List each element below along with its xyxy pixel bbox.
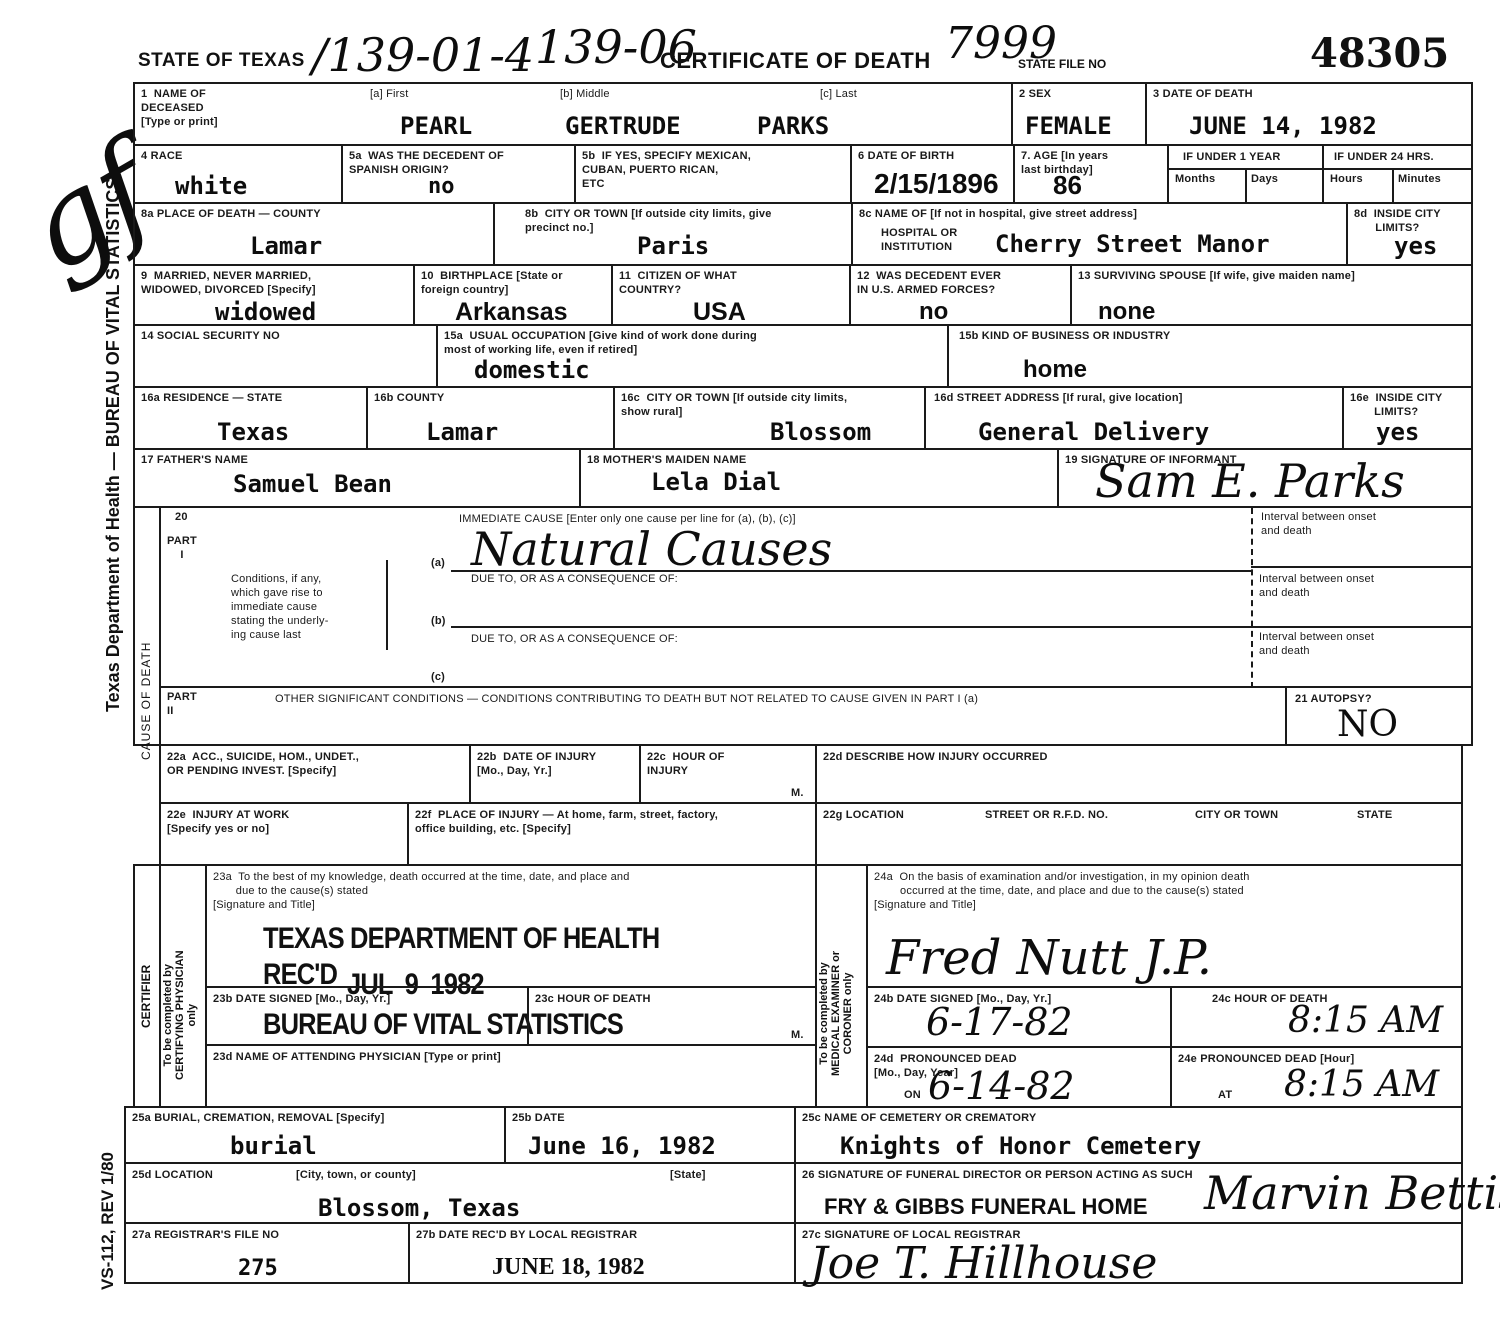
birthplace-label: 10 BIRTHPLACE [State or foreign country]	[421, 269, 563, 297]
field-1-name-of-deceased: 1 NAME OF DECEASED [Type or print] [a] F…	[133, 82, 1013, 146]
part-1-label: PART I	[167, 534, 197, 562]
business-value: home	[1023, 356, 1087, 384]
interval-label-b: Interval between onset and death	[1259, 572, 1374, 600]
name-label: 1 NAME OF DECEASED [Type or print]	[141, 87, 218, 129]
race-label: 4 RACE	[141, 149, 183, 163]
disposition-value: burial	[230, 1132, 317, 1160]
injury-location-label: 22g LOCATION	[823, 808, 904, 822]
field-2-sex: 2 SEX FEMALE	[1011, 82, 1147, 146]
field-8b-city-of-death: 8b CITY OR TOWN [If outside city limits,…	[493, 202, 853, 266]
field-27a-registrar-file-no: 27a REGISTRAR'S FILE NO 275	[124, 1222, 410, 1284]
field-24b-date-signed: 24b DATE SIGNED [Mo., Day, Yr.] 6-17-82	[868, 988, 1168, 1044]
armed-forces-label: 12 WAS DECEDENT EVER IN U.S. ARMED FORCE…	[857, 269, 1001, 297]
field-22d-how-injury-occurred: 22d DESCRIBE HOW INJURY OCCURRED	[815, 744, 1463, 804]
part-2-block: PART II OTHER SIGNIFICANT CONDITIONS — C…	[161, 688, 1471, 746]
field-8d-inside-city-limits: 8d INSIDE CITY LIMITS? yes	[1346, 202, 1473, 266]
date-of-birth-value: 2/15/1896	[874, 168, 999, 200]
injury-at-work-label: 22e INJURY AT WORK [Specify yes or no]	[167, 808, 289, 836]
spanish-origin-label: 5a WAS THE DECEDENT OF SPANISH ORIGIN?	[349, 149, 504, 177]
certification-24a-label: 24a On the basis of examination and/or i…	[874, 870, 1250, 912]
date-received-value: JUNE 18, 1982	[492, 1254, 645, 1281]
field-25c-cemetery: 25c NAME OF CEMETERY OR CREMATORY Knight…	[794, 1106, 1463, 1164]
field-22e-injury-at-work: 22e INJURY AT WORK [Specify yes or no]	[159, 802, 409, 866]
field-9-marital-status: 9 MARRIED, NEVER MARRIED, WIDOWED, DIVOR…	[133, 264, 415, 326]
hour-of-injury-label: 22c HOUR OF INJURY	[647, 750, 725, 778]
institution-sublabel: HOSPITAL OR INSTITUTION	[881, 226, 957, 254]
under-1-year-label: IF UNDER 1 YEAR	[1183, 150, 1281, 164]
institution-label: 8c NAME OF [If not in hospital, give str…	[859, 207, 1137, 221]
last-name-label: [c] Last	[820, 87, 857, 101]
pronounced-hour-value: 8:15 AM	[1284, 1064, 1439, 1105]
surviving-spouse-label: 13 SURVIVING SPOUSE [If wife, give maide…	[1078, 269, 1355, 283]
line-a-label: (a)	[431, 556, 445, 570]
state-label: STATE OF TEXAS	[138, 50, 305, 72]
physician-side-label: To be completed by CERTIFYING PHYSICIAN …	[162, 950, 198, 1080]
field-22b-date-of-injury: 22b DATE OF INJURY [Mo., Day, Yr.]	[469, 744, 641, 804]
other-conditions-label: OTHER SIGNIFICANT CONDITIONS — CONDITION…	[275, 692, 978, 706]
street-address-label: 16d STREET ADDRESS [If rural, give locat…	[934, 391, 1183, 405]
form-id-label: VS-112, REV 1/80	[98, 1152, 118, 1290]
field-23d-attending-physician: 23d NAME OF ATTENDING PHYSICIAN [Type or…	[207, 1046, 815, 1106]
state-file-number: 48305	[1310, 30, 1449, 77]
date-received-label: 27b DATE REC'D BY LOCAL REGISTRAR	[416, 1228, 637, 1242]
city-of-death-value: Paris	[637, 232, 709, 260]
informant-signature: Sam E. Parks	[1095, 454, 1405, 508]
middle-name-value: GERTRUDE	[565, 112, 681, 140]
date-of-death-value: JUNE 14, 1982	[1189, 112, 1377, 140]
location-label: 25d LOCATION	[132, 1168, 213, 1182]
mothers-name-label: 18 MOTHER'S MAIDEN NAME	[587, 453, 746, 467]
occupation-value: domestic	[474, 356, 590, 384]
hour-of-death-23c-label: 23c HOUR OF DEATH	[535, 992, 651, 1006]
city-of-death-label: 8b CITY OR TOWN [If outside city limits,…	[525, 207, 772, 235]
location-state-label: [State]	[670, 1168, 706, 1182]
field-10-birthplace: 10 BIRTHPLACE [State or foreign country]…	[413, 264, 613, 326]
marital-status-label: 9 MARRIED, NEVER MARRIED, WIDOWED, DIVOR…	[141, 269, 316, 297]
county-of-death-label: 8a PLACE OF DEATH — COUNTY	[141, 207, 321, 221]
under-24-hours-box: IF UNDER 24 HRS. Hours Minutes	[1322, 144, 1473, 204]
months-label: Months	[1175, 172, 1215, 186]
cause-of-death-side-label: CAUSE OF DEATH	[139, 642, 153, 760]
field-5b-specify-origin: 5b IF YES, SPECIFY MEXICAN, CUBAN, PUERT…	[574, 144, 852, 204]
due-to-label-2: DUE TO, OR AS A CONSEQUENCE OF:	[471, 632, 678, 646]
field-14-social-security: 14 SOCIAL SECURITY NO	[133, 324, 438, 388]
attending-physician-label: 23d NAME OF ATTENDING PHYSICIAN [Type or…	[213, 1050, 501, 1064]
field-16a-residence-state: 16a RESIDENCE — STATE Texas	[133, 386, 368, 450]
field-8c-institution: 8c NAME OF [If not in hospital, give str…	[851, 202, 1348, 266]
hour-of-death-24c-value: 8:15 AM	[1288, 1000, 1443, 1041]
fathers-name-value: Samuel Bean	[233, 470, 392, 498]
examiner-side-label: To be completed by MEDICAL EXAMINER or C…	[818, 951, 854, 1076]
interval-label-a: Interval between onset and death	[1261, 510, 1376, 538]
field-22f-place-of-injury: 22f PLACE OF INJURY — At home, farm, str…	[407, 802, 817, 866]
certifier-side-label: CERTIFIER	[139, 965, 153, 1028]
line-b-label: (b)	[431, 614, 446, 628]
disposition-label: 25a BURIAL, CREMATION, REMOVAL [Specify]	[132, 1111, 384, 1125]
age-value: 86	[1053, 170, 1082, 201]
field-27c-registrar-signature: 27c SIGNATURE OF LOCAL REGISTRAR Joe T. …	[794, 1222, 1463, 1284]
inside-city-limits-label: 8d INSIDE CITY LIMITS?	[1354, 207, 1441, 235]
funeral-director-label: 26 SIGNATURE OF FUNERAL DIRECTOR OR PERS…	[802, 1168, 1193, 1182]
registrar-file-label: 27a REGISTRAR'S FILE NO	[132, 1228, 279, 1242]
field-11-citizenship: 11 CITIZEN OF WHAT COUNTRY? USA	[611, 264, 851, 326]
minutes-label: Minutes	[1398, 172, 1441, 186]
line-c-label: (c)	[431, 670, 445, 684]
field-15a-occupation: 15a USUAL OCCUPATION [Give kind of work …	[436, 324, 949, 388]
field-16b-residence-county: 16b COUNTY Lamar	[366, 386, 615, 450]
residence-city-label: 16c CITY OR TOWN [If outside city limits…	[621, 391, 847, 419]
handwritten-code-1: /139-01-4	[312, 28, 534, 82]
occupation-label: 15a USUAL OCCUPATION [Give kind of work …	[444, 329, 757, 357]
field-25d-location: 25d LOCATION [City, town, or county] [St…	[124, 1162, 796, 1224]
injury-street-label: STREET OR R.F.D. NO.	[985, 808, 1108, 822]
sex-value: FEMALE	[1025, 112, 1112, 140]
residence-state-label: 16a RESIDENCE — STATE	[141, 391, 282, 405]
field-15b-business: 15b KIND OF BUSINESS OR INDUSTRY home	[947, 324, 1473, 388]
field-24d-pronounced-date: 24d PRONOUNCED DEAD [Mo., Day, Year] ON …	[868, 1048, 1168, 1106]
street-address-value: General Delivery	[978, 418, 1209, 446]
date-of-birth-label: 6 DATE OF BIRTH	[858, 149, 954, 163]
days-label: Days	[1251, 172, 1278, 186]
field-24a-examiner-certification: 24a On the basis of examination and/or i…	[868, 866, 1462, 986]
due-to-label-1: DUE TO, OR AS A CONSEQUENCE OF:	[471, 572, 678, 586]
state-file-label: STATE FILE NO	[1018, 57, 1106, 71]
funeral-director-signature: Marvin Bettis	[1204, 1166, 1500, 1220]
first-name-label: [a] First	[370, 87, 408, 101]
spanish-origin-value: no	[428, 174, 455, 199]
citizenship-label: 11 CITIZEN OF WHAT COUNTRY?	[619, 269, 737, 297]
field-16d-street-address: 16d STREET ADDRESS [If rural, give locat…	[924, 386, 1344, 450]
how-injury-label: 22d DESCRIBE HOW INJURY OCCURRED	[823, 750, 1048, 764]
manner-label: 22a ACC., SUICIDE, HOM., UNDET., OR PEND…	[167, 750, 359, 778]
birthplace-value: Arkansas	[455, 298, 568, 327]
place-of-injury-label: 22f PLACE OF INJURY — At home, farm, str…	[415, 808, 718, 836]
armed-forces-value: no	[919, 298, 948, 326]
field-4-race: 4 RACE white	[133, 144, 343, 204]
field-23c-hour-of-death: 23c HOUR OF DEATH M.	[529, 988, 815, 1044]
field-25b-disposition-date: 25b DATE June 16, 1982	[504, 1106, 796, 1164]
inside-city-limits-value: yes	[1394, 232, 1437, 260]
field-8a-county-of-death: 8a PLACE OF DEATH — COUNTY Lamar	[133, 202, 495, 266]
field-6-date-of-birth: 6 DATE OF BIRTH 2/15/1896	[850, 144, 1015, 204]
field-18-mothers-maiden-name: 18 MOTHER'S MAIDEN NAME Lela Dial	[579, 448, 1059, 508]
sex-label: 2 SEX	[1019, 87, 1051, 101]
line-a-value: Natural Causes	[471, 522, 832, 576]
disposition-date-label: 25b DATE	[512, 1111, 565, 1125]
residence-county-value: Lamar	[426, 418, 498, 446]
citizenship-value: USA	[693, 298, 746, 327]
mothers-name-value: Lela Dial	[651, 468, 781, 496]
stamp-line-1: TEXAS DEPARTMENT OF HEALTH	[263, 922, 659, 956]
autopsy-value: NO	[1337, 704, 1398, 745]
field-12-armed-forces: 12 WAS DECEDENT EVER IN U.S. ARMED FORCE…	[849, 264, 1072, 326]
residence-inside-city-value: yes	[1376, 418, 1419, 446]
registrar-file-value: 275	[238, 1256, 278, 1281]
part-1-block: 20 PART I Conditions, if any, which gave…	[161, 508, 1471, 688]
field-27b-date-received: 27b DATE REC'D BY LOCAL REGISTRAR JUNE 1…	[408, 1222, 796, 1284]
under-1-year-box: IF UNDER 1 YEAR Months Days	[1167, 144, 1324, 204]
conditions-note: Conditions, if any, which gave rise to i…	[231, 572, 329, 642]
field-13-surviving-spouse: 13 SURVIVING SPOUSE [If wife, give maide…	[1070, 264, 1473, 326]
business-label: 15b KIND OF BUSINESS OR INDUSTRY	[959, 329, 1170, 343]
field-24e-pronounced-hour: 24e PRONOUNCED DEAD [Hour] AT 8:15 AM	[1172, 1048, 1462, 1106]
field-24c-hour-of-death: 24c HOUR OF DEATH 8:15 AM	[1172, 988, 1462, 1044]
field-26-funeral-director: 26 SIGNATURE OF FUNERAL DIRECTOR OR PERS…	[794, 1162, 1463, 1224]
part-2-label: PART II	[167, 690, 197, 718]
pronounced-hour-at: AT	[1218, 1088, 1232, 1102]
race-value: white	[175, 172, 247, 200]
disposition-date-value: June 16, 1982	[528, 1132, 716, 1160]
field-25a-disposition: 25a BURIAL, CREMATION, REMOVAL [Specify]…	[124, 1106, 506, 1164]
field-23b-date-signed: 23b DATE SIGNED [Mo., Day, Yr.] BUREAU O…	[207, 988, 527, 1044]
specify-origin-label: 5b IF YES, SPECIFY MEXICAN, CUBAN, PUERT…	[582, 149, 751, 191]
marital-status-value: widowed	[215, 298, 316, 326]
field-16c-residence-city: 16c CITY OR TOWN [If outside city limits…	[613, 386, 926, 450]
field-19-informant-signature: 19 SIGNATURE OF INFORMANT Sam E. Parks	[1057, 448, 1473, 508]
cemetery-label: 25c NAME OF CEMETERY OR CREMATORY	[802, 1111, 1036, 1125]
hour-of-injury-suffix: M.	[791, 786, 804, 800]
residence-city-value: Blossom	[770, 418, 871, 446]
certification-23a-label: 23a To the best of my knowledge, death o…	[213, 870, 630, 912]
pronounced-date-on: ON	[904, 1088, 921, 1102]
social-security-label: 14 SOCIAL SECURITY NO	[141, 329, 280, 343]
pronounced-date-value: 6-14-82	[928, 1064, 1075, 1108]
institution-value: Cherry Street Manor	[995, 230, 1270, 258]
first-name-value: PEARL	[400, 112, 472, 140]
registrar-signature: Joe T. Hillhouse	[810, 1238, 1157, 1289]
hours-label: Hours	[1330, 172, 1363, 186]
county-of-death-value: Lamar	[250, 232, 322, 260]
surviving-spouse-value: none	[1098, 298, 1155, 326]
location-value: Blossom, Texas	[318, 1194, 520, 1222]
date-signed-24b-value: 6-17-82	[926, 1000, 1073, 1044]
location-city-label: [City, town, or county]	[296, 1168, 416, 1182]
injury-state-label: STATE	[1357, 808, 1392, 822]
field-3-date-of-death: 3 DATE OF DEATH JUNE 14, 1982	[1145, 82, 1473, 146]
injury-city-label: CITY OR TOWN	[1195, 808, 1278, 822]
residence-state-value: Texas	[217, 418, 289, 446]
cemetery-value: Knights of Honor Cemetery	[840, 1132, 1201, 1160]
field-16e-inside-city-limits: 16e INSIDE CITY LIMITS? yes	[1342, 386, 1473, 450]
item-20-number: 20	[175, 510, 188, 524]
residence-inside-city-label: 16e INSIDE CITY LIMITS?	[1350, 391, 1442, 419]
residence-county-label: 16b COUNTY	[374, 391, 444, 405]
last-name-value: PARKS	[757, 112, 829, 140]
field-17-fathers-name: 17 FATHER'S NAME Samuel Bean	[133, 448, 581, 508]
field-22g-injury-location: 22g LOCATION STREET OR R.F.D. NO. CITY O…	[815, 802, 1463, 866]
field-22a-manner: 22a ACC., SUICIDE, HOM., UNDET., OR PEND…	[159, 744, 471, 804]
header: STATE OF TEXAS /139-01-4 139-06 CERTIFIC…	[0, 0, 1500, 82]
middle-name-label: [b] Middle	[560, 87, 610, 101]
examiner-signature: Fred Nutt J.P.	[886, 930, 1212, 986]
fathers-name-label: 17 FATHER'S NAME	[141, 453, 248, 467]
field-7-age: 7. AGE [In years last birthday] 86	[1013, 144, 1169, 204]
field-23a-certification: 23a To the best of my knowledge, death o…	[207, 866, 815, 986]
under-24-hours-label: IF UNDER 24 HRS.	[1334, 150, 1434, 164]
date-of-death-label: 3 DATE OF DEATH	[1153, 87, 1253, 101]
hour-of-death-23c-suffix: M.	[791, 1028, 804, 1042]
field-5a-spanish-origin: 5a WAS THE DECEDENT OF SPANISH ORIGIN? n…	[341, 144, 576, 204]
funeral-home-value: FRY & GIBBS FUNERAL HOME	[824, 1194, 1148, 1220]
interval-label-c: Interval between onset and death	[1259, 630, 1374, 658]
date-signed-23b-label: 23b DATE SIGNED [Mo., Day, Yr.]	[213, 992, 390, 1006]
certificate-title: CERTIFICATE OF DEATH	[660, 48, 931, 74]
field-22c-hour-of-injury: 22c HOUR OF INJURY M.	[639, 744, 817, 804]
date-of-injury-label: 22b DATE OF INJURY [Mo., Day, Yr.]	[477, 750, 596, 778]
